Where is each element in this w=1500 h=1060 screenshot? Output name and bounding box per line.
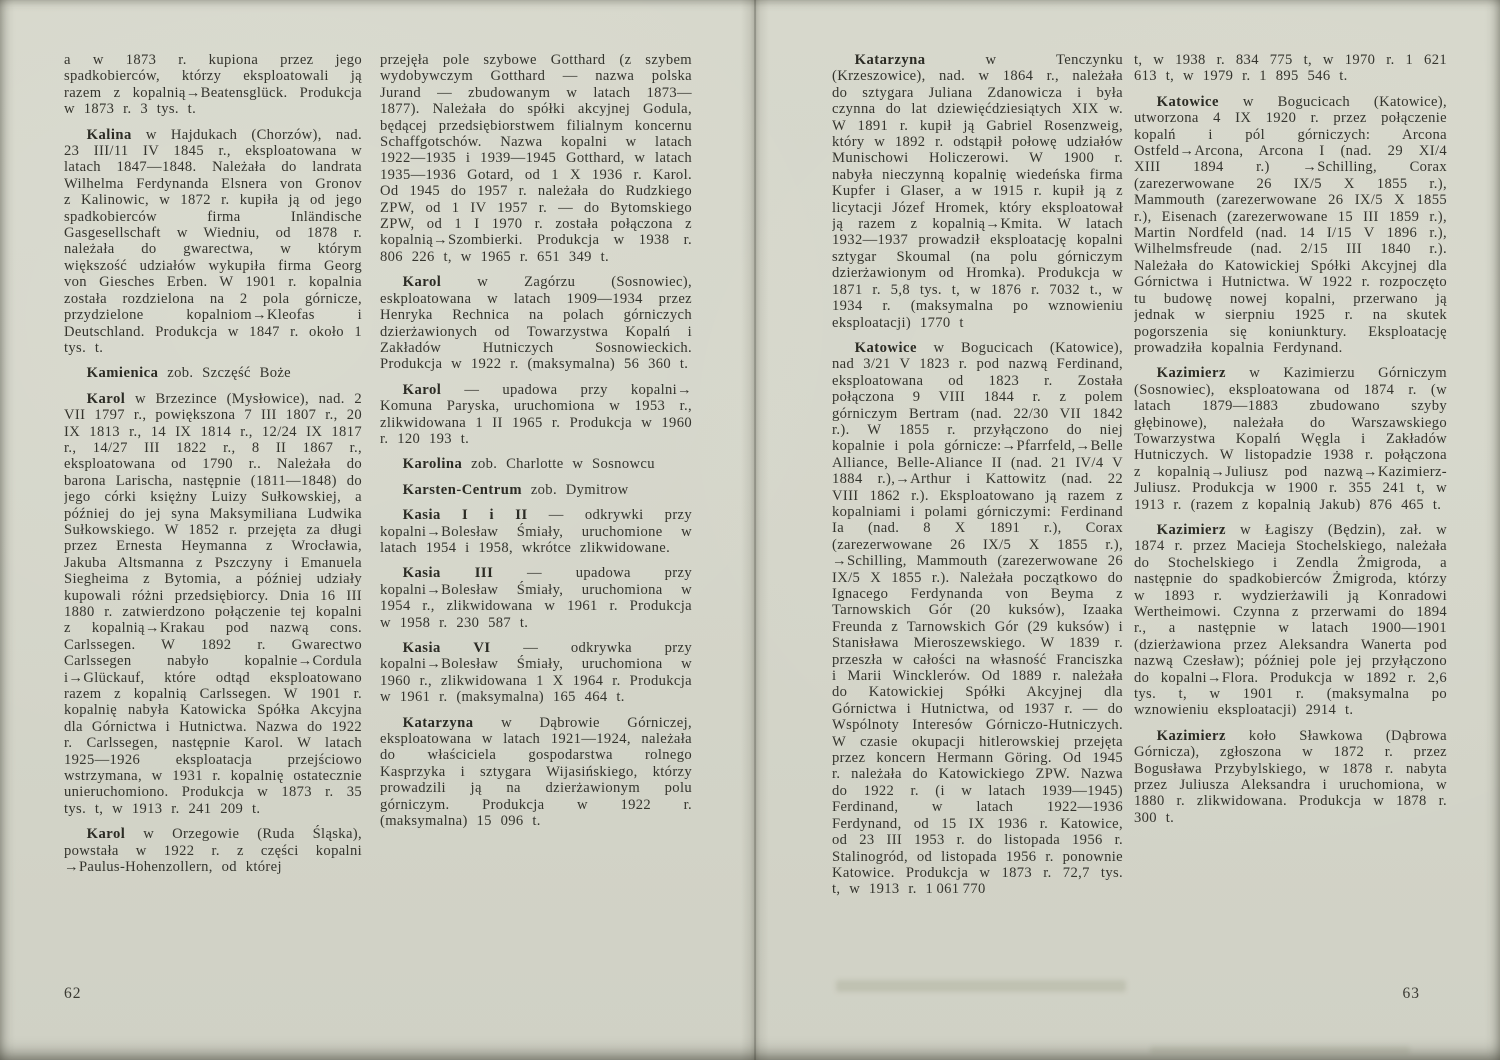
entry-headword: Kasia III bbox=[403, 565, 494, 581]
entry-paragraph: Kazimierz w Łagiszy (Będzin), zał. w 187… bbox=[1134, 522, 1447, 719]
page-left-column-2: przejęła pole szybowe Gotthard (z szybem… bbox=[380, 52, 692, 990]
entry-headword: Karsten-Centrum bbox=[403, 482, 522, 498]
entry-headword: Katarzyna bbox=[855, 52, 926, 68]
entry-paragraph: Karol w Zagórzu (Sosnowiec), eskploatowa… bbox=[380, 274, 692, 372]
entry-headword: Kasia I i II bbox=[403, 507, 528, 523]
entry-paragraph: Kalina w Hajdukach (Chorzów), nad. 23 II… bbox=[64, 127, 362, 357]
entry-paragraph: Katarzyna w Dąbrowie Górniczej, eksploat… bbox=[380, 715, 692, 830]
entry-paragraph: Karol w Orzegowie (Ruda Śląska), powstał… bbox=[64, 826, 362, 875]
entry-headword: Katowice bbox=[855, 340, 917, 356]
entry-headword: Kasia VI bbox=[403, 640, 491, 656]
entry-paragraph: Karol w Brzezince (Mysłowice), nad. 2 VI… bbox=[64, 391, 362, 818]
entry-paragraph: Kasia VI — odkrywka przy kopalni→Bolesła… bbox=[380, 640, 692, 706]
entry-paragraph: Karolina zob. Charlotte w Sosnowcu bbox=[380, 456, 692, 472]
entry-headword: Katarzyna bbox=[403, 715, 474, 731]
entry-paragraph: Kamienica zob. Szczęść Boże bbox=[64, 365, 362, 381]
entry-paragraph: Kasia I i II — odkrywki przy kopalni→Bol… bbox=[380, 507, 692, 556]
entry-headword: Karol bbox=[87, 391, 126, 407]
entry-headword: Kazimierz bbox=[1157, 522, 1226, 538]
entry-paragraph: Karsten-Centrum zob. Dymitrow bbox=[380, 482, 692, 498]
entry-continuation-paragraph: a w 1873 r. kupiona przez jego spadkobie… bbox=[64, 52, 362, 118]
book-spread: a w 1873 r. kupiona przez jego spadkobie… bbox=[0, 0, 1500, 1060]
entry-paragraph: Karol — upadowa przy kopalni→ Komuna Par… bbox=[380, 382, 692, 448]
entry-headword: Kamienica bbox=[87, 365, 159, 381]
entry-paragraph: Kazimierz koło Sławkowa (Dąbrowa Górnicz… bbox=[1134, 728, 1447, 826]
entry-headword: Kazimierz bbox=[1157, 365, 1226, 381]
entry-headword: Katowice bbox=[1157, 94, 1219, 110]
page-number-left: 62 bbox=[64, 985, 82, 1003]
entry-headword: Kalina bbox=[87, 127, 132, 143]
page-left-column-1: a w 1873 r. kupiona przez jego spadkobie… bbox=[64, 52, 362, 990]
entry-headword: Karol bbox=[403, 274, 442, 290]
entry-headword: Karol bbox=[403, 382, 442, 398]
entry-paragraph: Katowice w Bogucicach (Katowice), utworz… bbox=[1134, 94, 1447, 357]
page-number-right: 63 bbox=[1370, 985, 1420, 1003]
entry-continuation-paragraph: przejęła pole szybowe Gotthard (z szybem… bbox=[380, 52, 692, 265]
entry-paragraph: Kazimierz w Kazimierzu Górniczym (Sosnow… bbox=[1134, 365, 1447, 513]
entry-paragraph: Kasia III — upadowa przy kopalni→Bolesła… bbox=[380, 565, 692, 631]
entry-paragraph: Katarzyna w Tenczynku (Krzeszowice), nad… bbox=[832, 52, 1123, 331]
bleed-through-artifact bbox=[1150, 1046, 1410, 1054]
entry-headword: Karol bbox=[87, 826, 126, 842]
page-right-column-1: Katarzyna w Tenczynku (Krzeszowice), nad… bbox=[832, 52, 1123, 990]
entry-continuation-paragraph: t, w 1938 r. 834 775 t, w 1970 r. 1 621 … bbox=[1134, 52, 1447, 85]
entry-headword: Karolina bbox=[403, 456, 463, 472]
entry-headword: Kazimierz bbox=[1157, 728, 1226, 744]
page-right-column-2: t, w 1938 r. 834 775 t, w 1970 r. 1 621 … bbox=[1134, 52, 1447, 990]
entry-paragraph: Katowice w Bogucicach (Katowice), nad 3/… bbox=[832, 340, 1123, 898]
book-gutter-shadow bbox=[741, 0, 769, 1060]
